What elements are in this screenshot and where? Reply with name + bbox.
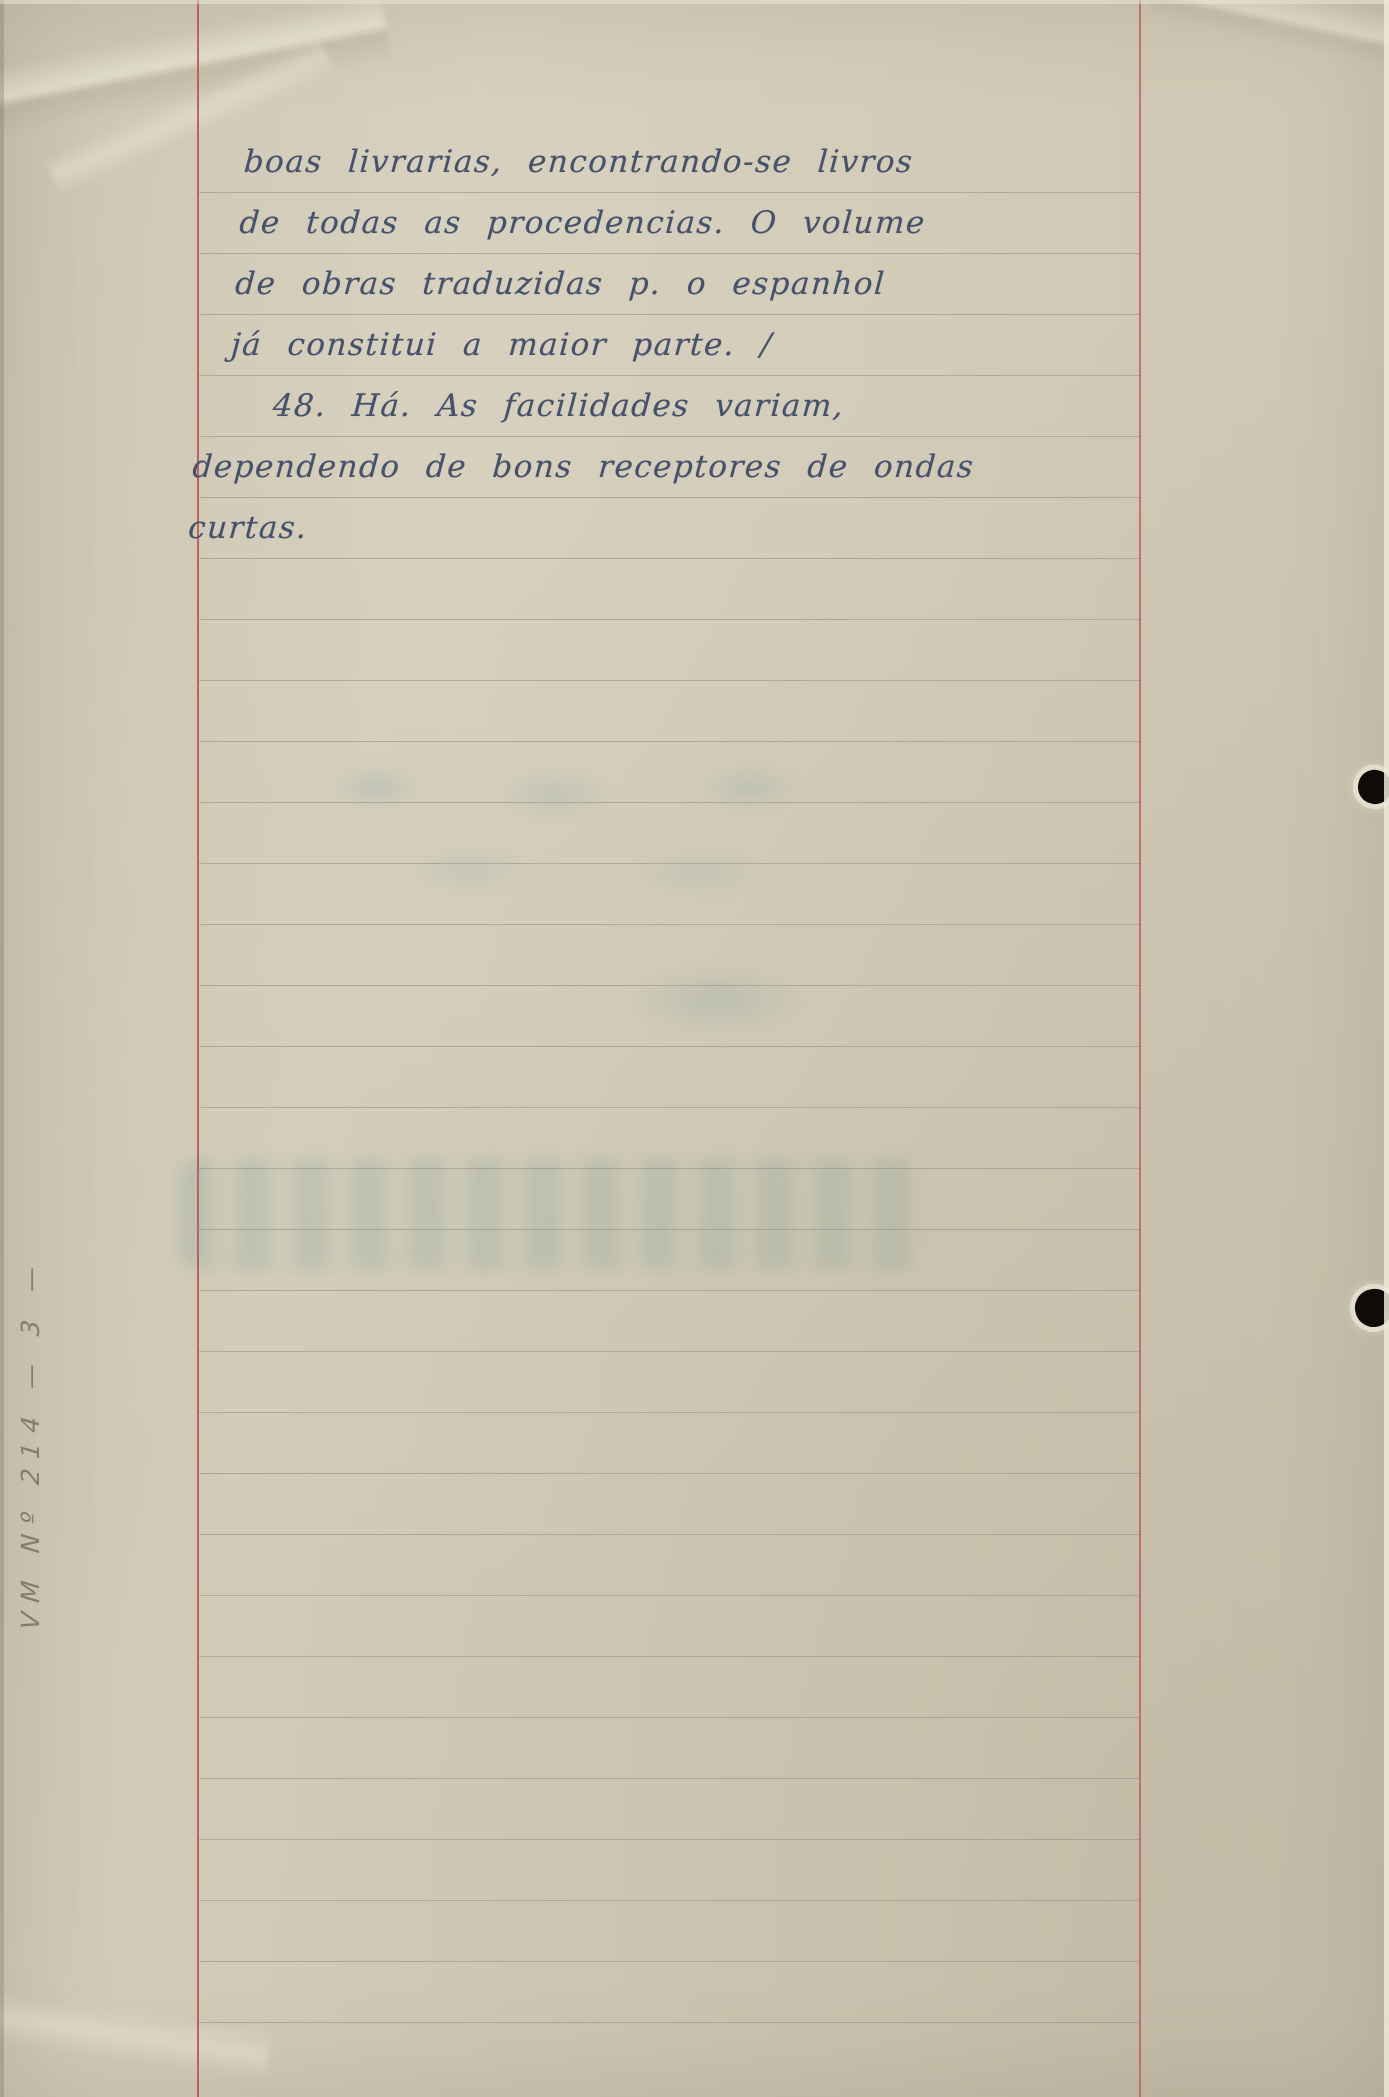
handwritten-line-text: já constitui a maior parte. / bbox=[230, 327, 774, 363]
handwritten-line: de obras traduzidas p. o espanhol bbox=[187, 254, 1051, 315]
archive-margin-annotation: VM Nº 214 — 3 — bbox=[16, 1255, 45, 1631]
handwritten-line-text: de obras traduzidas p. o espanhol bbox=[234, 266, 887, 302]
handwritten-line: dependendo de bons receptores de ondas bbox=[174, 437, 1038, 498]
scan-edge-right bbox=[1384, 0, 1389, 2097]
handwritten-line: 48. Há. As facilidades variam, bbox=[179, 376, 1043, 437]
handwritten-line: já constitui a maior parte. / bbox=[183, 315, 1047, 376]
scanned-manuscript-page: boas livrarias, encontrando-se livros de… bbox=[0, 0, 1389, 2097]
paper-crease-top-right bbox=[1147, 0, 1389, 77]
handwritten-line-text: dependendo de bons receptores de ondas bbox=[191, 449, 975, 485]
handwritten-line-text: curtas. bbox=[187, 510, 309, 546]
handwritten-line-text: boas livrarias, encontrando-se livros bbox=[243, 144, 915, 180]
scan-edge-left bbox=[0, 0, 4, 2097]
handwritten-line: boas livrarias, encontrando-se livros bbox=[196, 132, 1060, 193]
handwritten-line: curtas. bbox=[170, 498, 1034, 559]
scan-edge-top bbox=[0, 0, 1389, 4]
handwritten-line-text: de todas as procedencias. O volume bbox=[238, 205, 927, 241]
handwritten-text-block: boas livrarias, encontrando-se livros de… bbox=[170, 132, 1060, 559]
handwritten-line-text: 48. Há. As facilidades variam, bbox=[272, 388, 846, 424]
handwritten-line: de todas as procedencias. O volume bbox=[191, 193, 1055, 254]
right-margin-line bbox=[1139, 0, 1141, 2097]
